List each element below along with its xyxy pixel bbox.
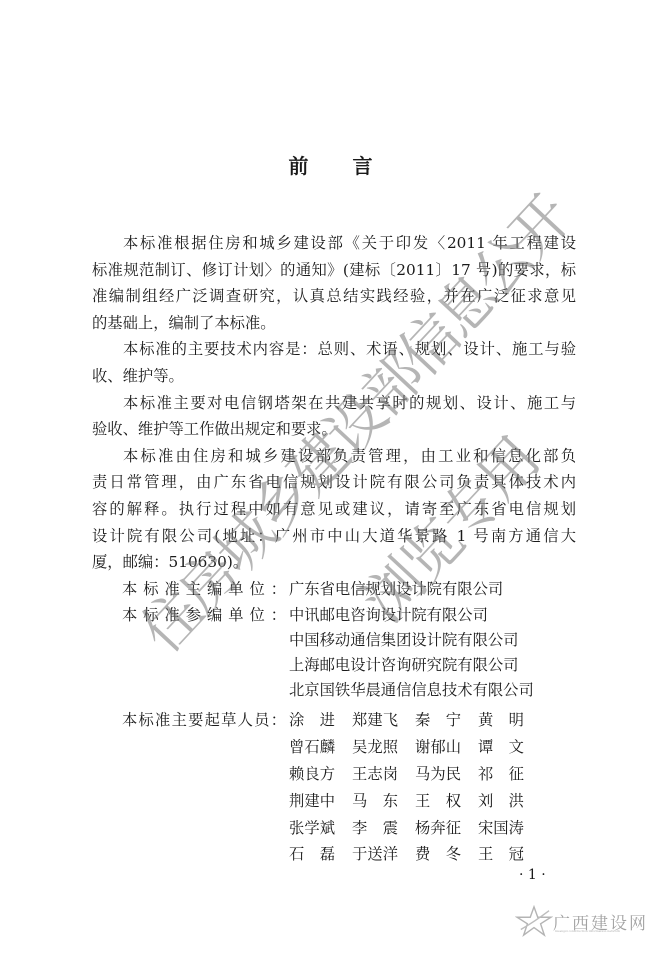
document-page: 前言 本标准根据住房和城乡建设部《关于印发〈2011 年工程建设 标准规范制订、…	[0, 0, 661, 958]
paragraph-line: 本标准由住房和城乡建设部负责管理，由工业和信息化部负	[92, 443, 576, 470]
drafter-name: 李 震	[352, 816, 398, 838]
drafter-name: 张学斌	[289, 816, 335, 838]
drafter-name: 黄 明	[478, 708, 512, 730]
paragraph-line: 的基础上，编制了本标准。	[92, 310, 576, 337]
drafter-names: 涂 进 郑建飞 秦 宁 黄 明	[289, 708, 512, 730]
page-number: · 1 ·	[519, 867, 546, 883]
drafter-name: 郑建飞	[352, 708, 398, 730]
paragraph-1: 本标准根据住房和城乡建设部《关于印发〈2011 年工程建设 标准规范制订、修订计…	[92, 230, 576, 336]
paragraph-line: 厦，邮编：510630)。	[92, 549, 576, 576]
title-part-2: 言	[353, 150, 373, 179]
paragraph-line: 责日常管理，由广东省电信规划设计院有限公司负责具体技术内	[92, 469, 576, 496]
title-part-1: 前	[289, 150, 309, 179]
participant-unit: 中讯邮电咨询设计院有限公司	[289, 603, 488, 625]
drafter-names: 曾石麟 吴龙照 谢郁山 谭 文	[289, 735, 512, 757]
drafter-names: 石 磊 于送洋 费 冬 王 冠	[289, 842, 512, 864]
drafter-names: 赖良方 王志岗 马为民 祁 征	[289, 762, 512, 784]
page-title: 前言	[0, 150, 661, 179]
drafters-label: 本标准主要起草人员：	[122, 708, 286, 730]
drafter-name: 吴龙照	[352, 735, 398, 757]
drafter-name: 马为民	[415, 762, 461, 784]
paragraph-line: 设计院有限公司(地址：广州市中山大道华景路 1 号南方通信大	[92, 523, 576, 550]
drafter-name: 刘 洪	[478, 789, 512, 811]
participant-unit: 上海邮电设计咨询研究院有限公司	[289, 653, 518, 675]
drafter-name: 杨奔征	[415, 816, 461, 838]
participant-unit: 中国移动通信集团设计院有限公司	[289, 628, 518, 650]
paragraph-line: 标准规范制订、修订计划〉的通知》(建标〔2011〕17 号)的要求，标	[92, 257, 576, 284]
paragraph-line: 容的解释。执行过程中如有意见或建议，请寄至广东省电信规划	[92, 496, 576, 523]
drafter-name: 祁 征	[478, 762, 512, 784]
drafter-name: 荆建中	[289, 789, 335, 811]
drafter-name: 赖良方	[289, 762, 335, 784]
paragraph-line: 验收、维护等工作做出规定和要求。	[92, 416, 576, 443]
logo-subtitle: Guangxi construction information network	[555, 929, 620, 933]
chief-editor-label: 本标准主编单位：	[122, 577, 286, 599]
drafter-names: 荆建中 马 东 王 权 刘 洪	[289, 789, 512, 811]
drafter-name: 王志岗	[352, 762, 398, 784]
paragraph-line: 收、维护等。	[92, 363, 576, 390]
paragraph-line: 准编制组经广泛调查研究，认真总结实践经验，并在广泛征求意见	[92, 283, 576, 310]
drafter-name: 涂 进	[289, 708, 335, 730]
preface-body: 本标准根据住房和城乡建设部《关于印发〈2011 年工程建设 标准规范制订、修订计…	[92, 230, 576, 576]
drafter-name: 费 冬	[415, 842, 461, 864]
drafter-name: 秦 宁	[415, 708, 461, 730]
paragraph-4: 本标准由住房和城乡建设部负责管理，由工业和信息化部负 责日常管理，由广东省电信规…	[92, 443, 576, 576]
drafter-name: 谭 文	[478, 735, 512, 757]
paragraph-line: 本标准主要对电信钢塔架在共建共享时的规划、设计、施工与	[92, 390, 576, 417]
star-logo-icon	[515, 905, 553, 937]
drafter-name: 曾石麟	[289, 735, 335, 757]
drafter-name: 马 东	[352, 789, 398, 811]
drafter-names: 张学斌 李 震 杨奔征 宋国涛	[289, 816, 512, 838]
drafter-name: 王 权	[415, 789, 461, 811]
site-logo: 广西建设网 Guangxi construction information n…	[515, 905, 648, 937]
drafter-name: 于送洋	[352, 842, 398, 864]
drafter-name: 谢郁山	[415, 735, 461, 757]
drafter-name: 宋国涛	[478, 816, 512, 838]
chief-editor-value: 广东省电信规划设计院有限公司	[289, 577, 503, 599]
paragraph-2: 本标准的主要技术内容是：总则、术语、规划、设计、施工与验 收、维护等。	[92, 336, 576, 389]
drafter-name: 王 冠	[478, 842, 512, 864]
paragraph-line: 本标准根据住房和城乡建设部《关于印发〈2011 年工程建设	[92, 230, 576, 257]
participants-label: 本标准参编单位：	[122, 603, 286, 625]
paragraph-3: 本标准主要对电信钢塔架在共建共享时的规划、设计、施工与 验收、维护等工作做出规定…	[92, 390, 576, 443]
drafter-name: 石 磊	[289, 842, 335, 864]
participant-unit: 北京国铁华晨通信信息技术有限公司	[289, 678, 534, 700]
paragraph-line: 本标准的主要技术内容是：总则、术语、规划、设计、施工与验	[92, 336, 576, 363]
